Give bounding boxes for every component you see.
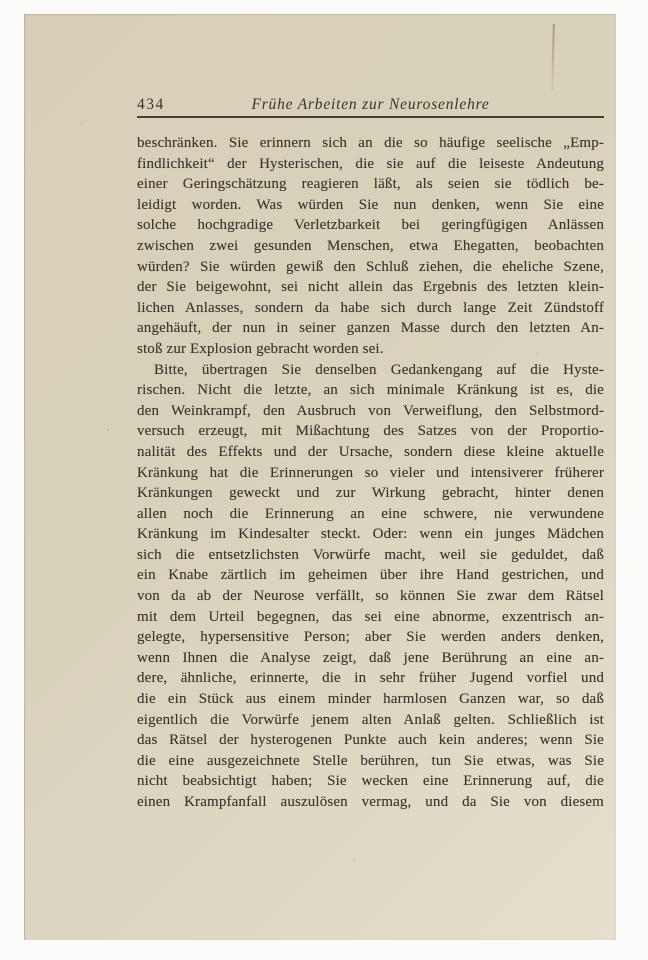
text-line: findlichkeit“ der Hysterischen, die sie …	[137, 154, 604, 175]
page-content: 434 Frühe Arbeiten zur Neurosenlehre bes…	[137, 92, 604, 813]
text-line: nalität des Effekts und der Ursache, son…	[137, 442, 604, 463]
text-line: allen noch die Erinnerung an eine schwer…	[137, 504, 604, 525]
paragraph: beschränken. Sie erinnern sich an die so…	[137, 133, 604, 360]
text-line: wenn Ihnen die Analyse zeigt, daß jene B…	[137, 648, 604, 669]
paragraph: Bitte, übertragen Sie denselben Gedanken…	[137, 360, 604, 813]
text-line: würden? Sie würden gewiß den Schluß zieh…	[137, 257, 604, 278]
text-line: gelegte, hypersensitive Person; aber Sie…	[137, 627, 604, 648]
text-line: von da ab der Neurose verfällt, so könne…	[137, 586, 604, 607]
text-line: Kränkung hat die Erinnerungen so vieler …	[137, 463, 604, 484]
text-line: solche hochgradige Verletzbarkeit bei ge…	[137, 215, 604, 236]
text-line: einen Krampfanfall auszulösen vermag, un…	[137, 792, 604, 813]
text-line: angehäuft, der nun in seiner ganzen Mass…	[137, 318, 604, 339]
text-line: versuch erzeugt, mit Mißachtung des Satz…	[137, 421, 604, 442]
text-line: nicht beabsichtigt haben; Sie wecken ein…	[137, 771, 604, 792]
text-line: Bitte, übertragen Sie denselben Gedanken…	[137, 360, 604, 381]
text-line: die eine ausgezeichnete Stelle berühren,…	[137, 751, 604, 772]
text-line: leidigt worden. Was würden Sie nun denke…	[137, 195, 604, 216]
text-line: eigentlich die Vorwürfe jenem alten Anla…	[137, 710, 604, 731]
text-line: sich die entsetzlichsten Vorwürfe macht,…	[137, 545, 604, 566]
scan-artifact-scratch	[551, 24, 555, 90]
text-line: dere, ähnliche, erinnerte, die in sehr f…	[137, 668, 604, 689]
book-page: 434 Frühe Arbeiten zur Neurosenlehre bes…	[24, 14, 616, 940]
running-title: Frühe Arbeiten zur Neurosenlehre	[137, 96, 604, 114]
text-line: den Weinkrampf, den Ausbruch von Verweif…	[137, 401, 604, 422]
text-line: rischen. Nicht die letzte, an sich minim…	[137, 380, 604, 401]
text-line: der Sie beigewohnt, sei nicht allein das…	[137, 277, 604, 298]
text-line: ein Knabe zärtlich im geheimen über ihre…	[137, 565, 604, 586]
text-line: zwischen zwei gesunden Menschen, etwa Eh…	[137, 236, 604, 257]
text-line: die ein Stück aus einem minder harmlosen…	[137, 689, 604, 710]
text-line: Kränkungen geweckt und zur Wirkung gebra…	[137, 483, 604, 504]
body-text: beschränken. Sie erinnern sich an die so…	[137, 133, 604, 813]
text-line: Kränkung im Kindesalter steckt. Oder: we…	[137, 524, 604, 545]
text-line: mit dem Urteil begegnen, das sei eine ab…	[137, 607, 604, 628]
text-line: beschränken. Sie erinnern sich an die so…	[137, 133, 604, 154]
text-line: lichen Anlasses, sondern da habe sich du…	[137, 298, 604, 319]
text-line: stoß zur Explosion gebracht worden sei.	[137, 339, 604, 360]
page-header: 434 Frühe Arbeiten zur Neurosenlehre	[137, 92, 604, 118]
text-line: einer Geringschätzung reagieren läßt, al…	[137, 174, 604, 195]
text-line: das Rätsel der hysterogenen Punkte auch …	[137, 730, 604, 751]
paper-speckles	[24, 14, 26, 16]
